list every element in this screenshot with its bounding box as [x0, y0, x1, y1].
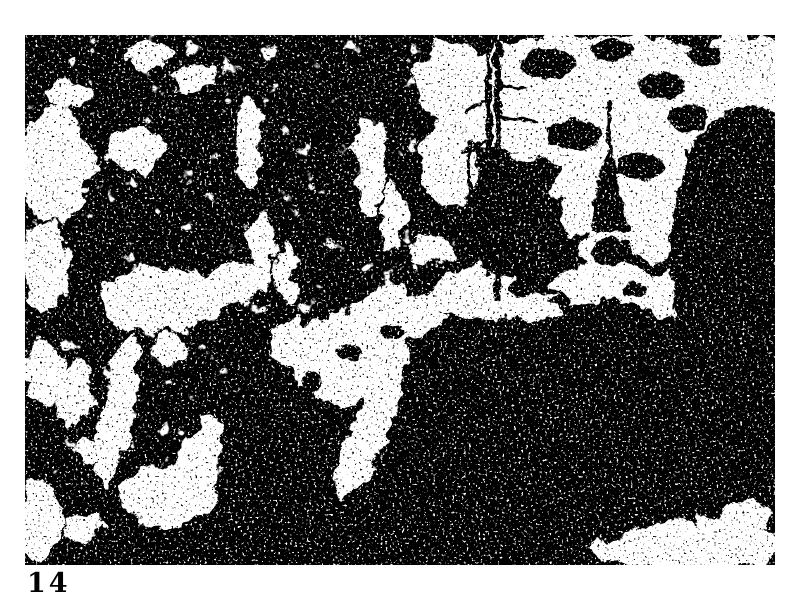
halftone-photo	[0, 0, 800, 610]
photo-canvas	[19, 32, 800, 573]
black-speckle-texture	[25, 35, 775, 565]
page-number: 14	[27, 570, 71, 597]
photo-illustration	[0, 0, 800, 610]
